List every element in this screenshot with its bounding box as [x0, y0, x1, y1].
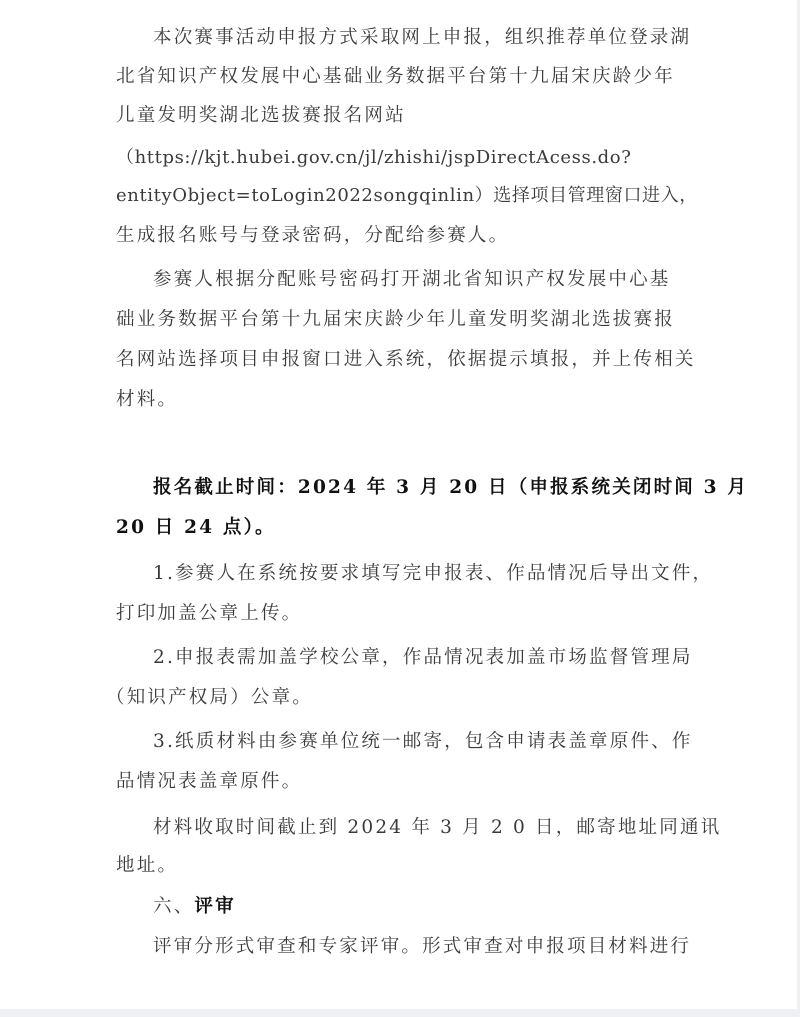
registration-url-line-1[interactable]: （https://kjt.hubei.gov.cn/jl/zhishi/jspD…: [116, 146, 631, 170]
section-number: 六、: [153, 896, 194, 917]
material-deadline-line-1: 材料收取时间截止到 2024 年 3 月 2 0 日，邮寄地址同通讯: [153, 816, 721, 840]
item-1-line-1: 1.参赛人在系统按要求填写完申报表、作品情况后导出文件，: [153, 562, 713, 586]
paragraph-apply-method-line-2: 北省知识产权发展中心基础业务数据平台第十九届宋庆龄少年: [116, 65, 675, 89]
material-deadline-line-2: 地址。: [116, 854, 178, 878]
deadline-line-2: 20 日 24 点）。: [116, 516, 276, 540]
item-2-line-1: 2.申报表需加盖学校公章，作品情况表加盖市场监督管理局: [153, 646, 693, 670]
paragraph-apply-method-line-6: 生成报名账号与登录密码，分配给参赛人。: [116, 224, 509, 248]
registration-url-line-2[interactable]: entityObject=toLogin2022songqinlin）选择项目管…: [116, 184, 698, 208]
paragraph-participant-login-line-1: 参赛人根据分配账号密码打开湖北省知识产权发展中心基: [153, 268, 671, 292]
review-text-line-1: 评审分形式审查和专家评审。形式审查对申报项目材料进行: [153, 935, 691, 959]
paragraph-participant-login-line-4: 材料。: [116, 388, 178, 412]
deadline-line-1: 报名截止时间：2024 年 3 月 20 日（申报系统关闭时间 3 月: [153, 476, 748, 500]
section-title: 评审: [194, 896, 235, 917]
paragraph-participant-login-line-2: 础业务数据平台第十九届宋庆龄少年儿童发明奖湖北选拔赛报: [116, 308, 675, 332]
viewer-bottom-edge: [0, 1009, 800, 1017]
item-3-line-1: 3.纸质材料由参赛单位统一邮寄，包含申请表盖章原件、作: [153, 730, 693, 754]
item-1-line-2: 打印加盖公章上传。: [116, 602, 302, 626]
section-heading-review: 六、评审: [153, 895, 236, 919]
paragraph-apply-method-line-3: 儿童发明奖湖北选拔赛报名网站: [116, 104, 406, 128]
item-3-line-2: 品情况表盖章原件。: [116, 770, 302, 794]
paragraph-participant-login-line-3: 名网站选择项目申报窗口进入系统，依据提示填报，并上传相关: [116, 348, 696, 372]
document-page: 本次赛事活动申报方式采取网上申报，组织推荐单位登录湖 北省知识产权发展中心基础业…: [0, 0, 797, 1009]
item-2-line-2: （知识产权局）公章。: [106, 686, 313, 710]
paragraph-apply-method-line-1: 本次赛事活动申报方式采取网上申报，组织推荐单位登录湖: [153, 26, 691, 50]
